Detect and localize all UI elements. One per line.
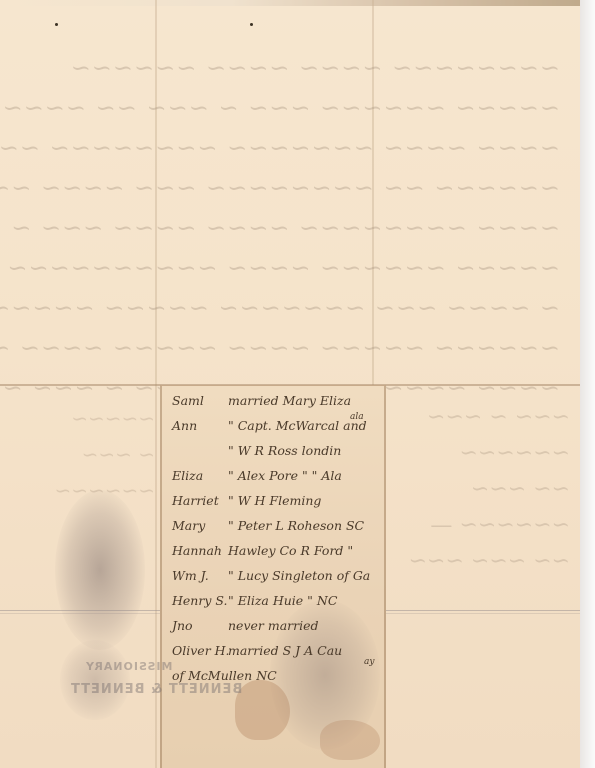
bleed-line: ~~~~~ ~~~~~~ ~~~ ~ ~~~ ~~ ~~~~~ ~~ ~~~~ bbox=[20, 88, 560, 128]
water-stain bbox=[235, 680, 290, 740]
person-name: Ann bbox=[172, 413, 228, 438]
superscript-note: ala bbox=[350, 405, 364, 430]
marriage-text: " Lucy Singleton of Ga bbox=[228, 568, 370, 583]
marriage-text: of McMullen NC bbox=[172, 668, 277, 683]
bleed-line: ~~~~~~ ~~ ~~~~~~~~ ~~~ ~~~~ ~~~~ bbox=[20, 168, 560, 208]
note-line: Mary" Peter L Roheson SC bbox=[172, 513, 387, 538]
person-name: Jno bbox=[172, 613, 228, 638]
person-name: Mary bbox=[172, 513, 228, 538]
ink-smudge bbox=[55, 490, 145, 650]
note-line: Oliver H.married S J A Cau ay bbox=[172, 638, 387, 663]
note-line: Wm J." Lucy Singleton of Ga bbox=[172, 563, 387, 588]
person-name: Hannah bbox=[172, 538, 228, 563]
marriage-text: " Capt. McWarcal and bbox=[228, 418, 367, 433]
scan-border bbox=[580, 0, 595, 768]
water-stain bbox=[320, 720, 380, 760]
ink-smudge bbox=[60, 640, 130, 720]
torn-top-edge bbox=[0, 0, 580, 6]
bleed-line: ~~~~~~~~ ~~~~ ~~~~ ~~~~~~ bbox=[20, 48, 560, 88]
bleed-line: ~~~~~~ bbox=[390, 436, 570, 472]
note-line: " W R Ross londin bbox=[172, 438, 387, 463]
bleed-line: ~~~~ ~~~~~~~~ ~~~~ ~~~~ ~~~ ~ ~~~~ ~~ bbox=[20, 208, 560, 248]
genealogy-note: Samlmarried Mary Eliza Ann" Capt. McWarc… bbox=[172, 388, 387, 688]
note-line: Harriet" W H Fleming bbox=[172, 488, 387, 513]
marriage-text: Hawley Co R Ford " bbox=[228, 543, 353, 558]
bleed-line: ~~~~~ ~~~~~~ ~~~~ ~~~~~~~~~~ ~ ~~~~ bbox=[20, 248, 560, 288]
marriage-text: " Alex Pore " " Ala bbox=[228, 468, 342, 483]
note-line: Henry S." Eliza Huie " NC bbox=[172, 588, 387, 613]
bleed-line: ~~~~~~ — bbox=[390, 508, 570, 544]
bleed-line: ~~~ ~ ~~~ bbox=[390, 400, 570, 436]
person-name: Harriet bbox=[172, 488, 228, 513]
note-line: Eliza" Alex Pore " " Ala bbox=[172, 463, 387, 488]
person-name: Oliver H. bbox=[172, 638, 228, 663]
bleed-line: ~ ~~~ bbox=[15, 436, 155, 472]
bleed-line: ~ ~~~~ ~~~ ~~~~~~~ ~~~~~ ~~~~~ ~~~~~ bbox=[20, 288, 560, 328]
person-name: Eliza bbox=[172, 463, 228, 488]
bleed-line: ~~~~~ bbox=[15, 400, 155, 436]
bleed-line: ~~~~ ~~~~ ~~~~~~~ ~~~~~~~~ ~~~ bbox=[20, 128, 560, 168]
note-line: Ann" Capt. McWarcal and ala bbox=[172, 413, 387, 438]
marriage-text: " Peter L Roheson SC bbox=[228, 518, 364, 533]
person-name: Henry S. bbox=[172, 588, 228, 613]
bleed-line: ~~ ~~~ bbox=[390, 472, 570, 508]
marriage-text: married Mary Eliza bbox=[228, 393, 351, 408]
bleed-through-lower-left: ~~~~~ ~ ~~~ ~~~~~~ bbox=[15, 400, 155, 508]
bleed-line: ~~~~~~ ~~~~~ ~~~~ ~~~~~ ~~~~ ~ ~~~~ bbox=[20, 328, 560, 368]
marriage-text: " W H Fleming bbox=[228, 493, 321, 508]
note-line: Jnonever married bbox=[172, 613, 387, 638]
bleed-through-handwriting: ~~~~~~~~ ~~~~ ~~~~ ~~~~~~ ~~~~~ ~~~~~~ ~… bbox=[20, 48, 560, 408]
letter-sheet: ~~~~~~~~ ~~~~ ~~~~ ~~~~~~ ~~~~~ ~~~~~~ ~… bbox=[0, 0, 580, 768]
person-name: Saml bbox=[172, 388, 228, 413]
bleed-line: ~~ ~~~ ~~~ bbox=[390, 544, 570, 580]
pinhole bbox=[55, 23, 58, 26]
marriage-text: never married bbox=[228, 618, 319, 633]
note-line: of McMullen NC bbox=[172, 663, 387, 688]
marriage-text: " W R Ross londin bbox=[228, 443, 341, 458]
marriage-text: " Eliza Huie " NC bbox=[228, 593, 337, 608]
bleed-through-lower-right: ~~~ ~ ~~~ ~~~~~~ ~~ ~~~ ~~~~~~ — ~~ ~~~ … bbox=[390, 400, 570, 580]
note-line: HannahHawley Co R Ford " bbox=[172, 538, 387, 563]
marriage-text: married S J A Cau bbox=[228, 643, 342, 658]
mirrored-letterhead-line1: MISSIONARY bbox=[85, 660, 172, 673]
pinhole bbox=[250, 23, 253, 26]
person-name: Wm J. bbox=[172, 563, 228, 588]
